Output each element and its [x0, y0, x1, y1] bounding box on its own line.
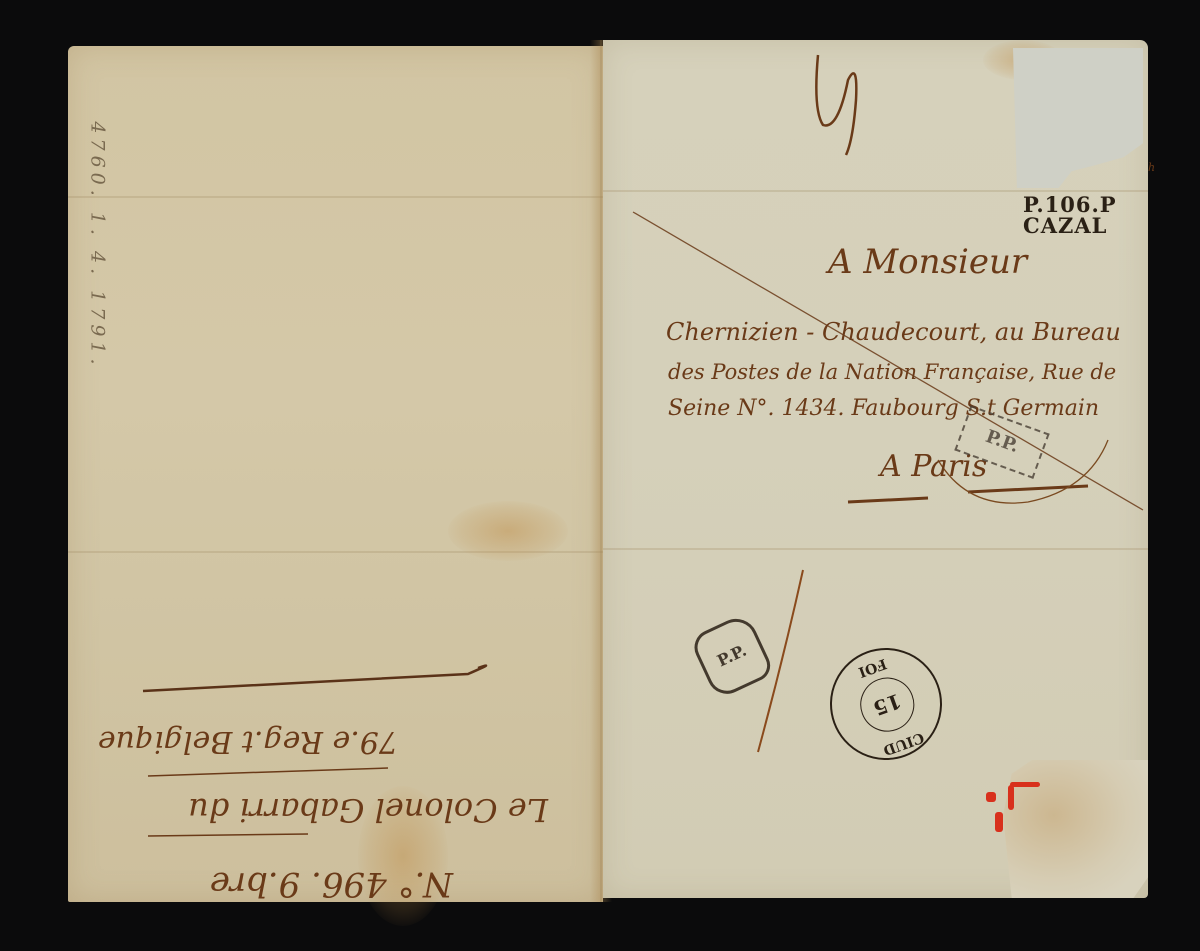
datestamp-day: 15: [871, 690, 904, 718]
paid-stamp-text: P.P.: [983, 428, 1021, 456]
address-salutation: A Monsieur: [828, 245, 1027, 279]
address-line-1: Chernizien - Chaudecourt, au Bureau: [666, 320, 1121, 344]
address-line-3: Seine N°. 1434. Faubourg S.t Germain: [668, 398, 1099, 420]
letter-sheet: 4760. 1. 4. 1791. N.° 496. 9.bre Le Colo…: [68, 40, 1148, 902]
datestamp-inner-ring: 15: [853, 670, 922, 739]
origin-postmark-number: P.106.P: [1023, 194, 1117, 215]
tiny-note: h: [1148, 162, 1155, 173]
datestamp-bottom-text: FOI: [856, 656, 888, 679]
address-line-2: des Postes de la Nation Française, Rue d…: [668, 362, 1116, 383]
document-photo: 4760. 1. 4. 1791. N.° 496. 9.bre Le Colo…: [0, 0, 1200, 951]
origin-postmark: P.106.P CAZAL: [1023, 194, 1117, 236]
origin-postmark-town: CAZAL: [1023, 215, 1117, 236]
small-stamp-text: P.P.: [715, 642, 749, 669]
